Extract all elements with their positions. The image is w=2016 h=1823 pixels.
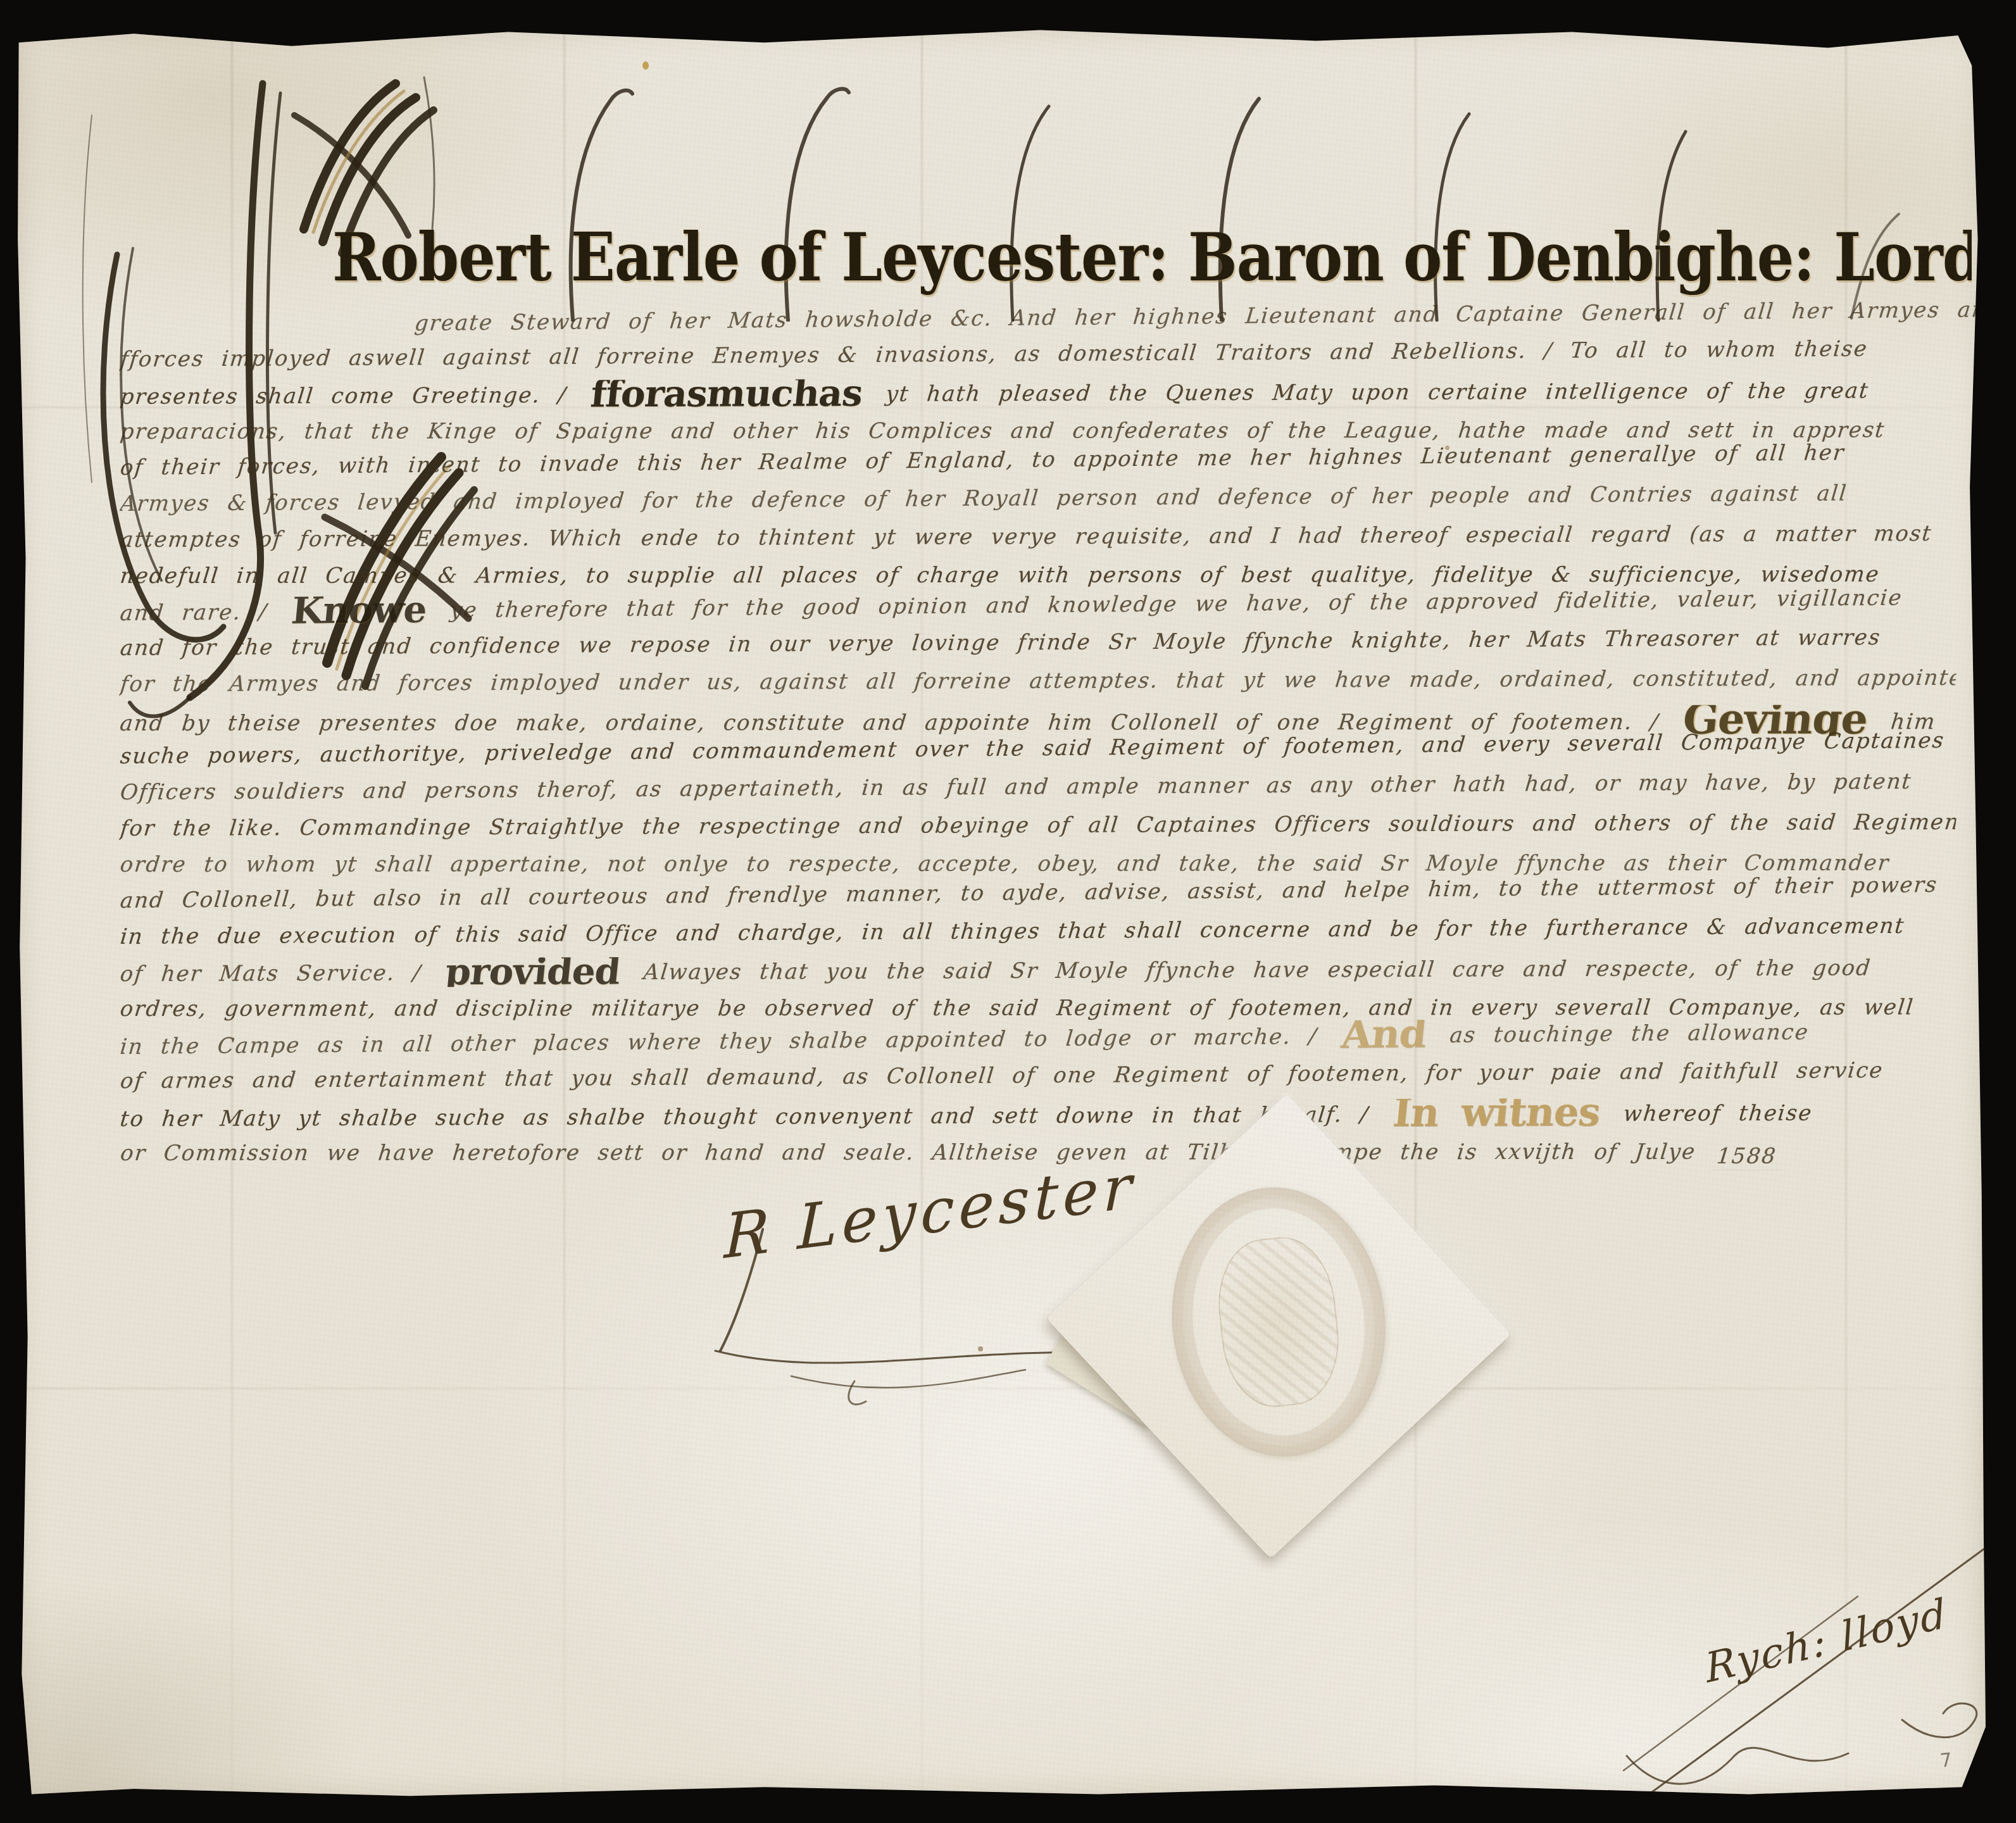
manuscript-line: Officers souldiers and persons therof, a… <box>119 767 1957 806</box>
manuscript-line: attemptes of forreine Enemyes. Which end… <box>119 520 1957 554</box>
parchment-sheet: Robert Earle of Leycester: Baron of Denb… <box>16 27 1986 1798</box>
manuscript-line: for the like. Commandinge Straightlye th… <box>119 808 1957 843</box>
folio-number: 7 <box>1939 1749 1953 1772</box>
emphasized-word: 1588 <box>1712 1144 1782 1172</box>
document-title: Robert Earle of Leycester: Baron of Denb… <box>332 216 1972 299</box>
manuscript-line: presentes shall come Greetinge. / fforas… <box>119 375 1958 411</box>
photograph-of-manuscript: Robert Earle of Leycester: Baron of Denb… <box>0 0 2016 1823</box>
manuscript-line: for the Armyes and forces imployed under… <box>119 664 1957 698</box>
manuscript-line: of armes and entertainment that you shal… <box>119 1056 1957 1095</box>
emphasized-word: And <box>1333 1015 1435 1058</box>
manuscript-line: of her Mats Service. / provided Alwayes … <box>119 953 1958 988</box>
lloyd-signature: Rych: lloyd <box>1605 1520 2016 1818</box>
manuscript-line: in the due execution of this said Office… <box>119 911 1957 951</box>
wax-seal-under-paper <box>1032 1106 1525 1549</box>
emphasized-word: fforasmuchas <box>582 375 871 411</box>
lloyd-signature-flourish <box>1605 1520 2016 1818</box>
emphasized-word: provided <box>437 953 628 988</box>
